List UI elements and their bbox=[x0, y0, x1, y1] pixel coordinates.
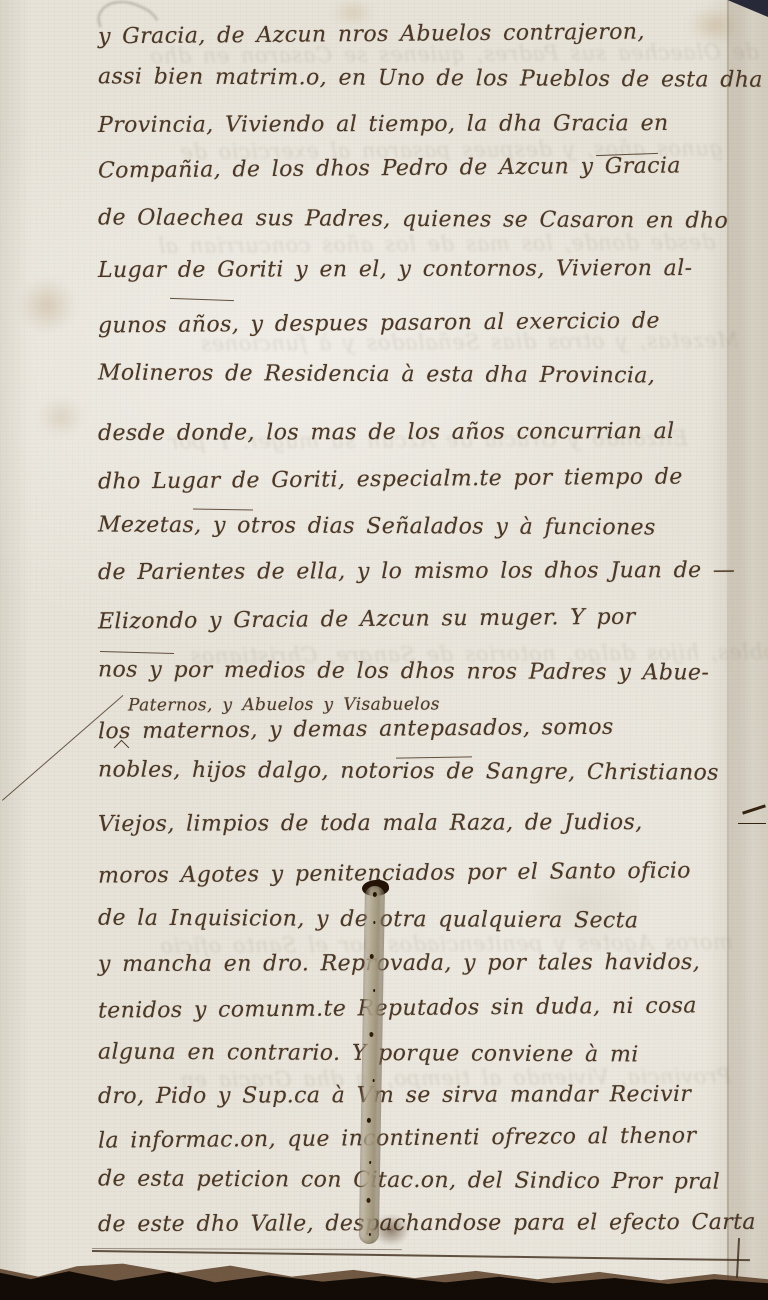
manuscript-line: dho Lugar de Goriti, especialm.te por ti… bbox=[98, 464, 683, 494]
manuscript-line: desde donde, los mas de los años concurr… bbox=[98, 419, 675, 446]
manuscript-line: Mezetas, y otros dias Señalados y à func… bbox=[98, 513, 656, 541]
manuscript-line: de Parientes de ella, y lo mismo los dho… bbox=[98, 558, 735, 585]
interline-insertion: Paternos, y Abuelos y Visabuelos bbox=[128, 694, 440, 715]
paper-stain bbox=[38, 398, 84, 436]
manuscript-line: de esta peticion con Citac.on, del Sindi… bbox=[98, 1166, 720, 1194]
manuscript-page: de Olaechea sus Padres, quienes se Casar… bbox=[0, 0, 768, 1300]
manuscript-line: Provincia, Viviendo al tiempo, la dha Gr… bbox=[98, 111, 669, 138]
manuscript-line: la informac.on, que incontinenti ofrezco… bbox=[98, 1123, 697, 1153]
manuscript-line: nobles, hijos dalgo, notorios de Sangre,… bbox=[98, 757, 719, 785]
closing-rule bbox=[92, 1250, 750, 1261]
page-edge-shadow bbox=[729, 0, 768, 1300]
manuscript-line: Elizondo y Gracia de Azcun su muger. Y p… bbox=[98, 605, 636, 635]
manuscript-line: Lugar de Goriti y en el, y contornos, Vi… bbox=[98, 256, 693, 283]
manuscript-line: dro, Pido y Sup.ca à Vm se sirva mandar … bbox=[98, 1082, 691, 1109]
show-through-ghost: desde donde, los mas de los años concurr… bbox=[158, 230, 715, 258]
manuscript-line: Compañia, de los dhos Pedro de Azcun y G… bbox=[98, 153, 681, 183]
manuscript-line: de este dho Valle, despachandose para el… bbox=[98, 1210, 756, 1237]
manuscript-line: moros Agotes y penitenciados por el Sant… bbox=[98, 858, 691, 888]
manuscript-line: Viejos, limpios de toda mala Raza, de Ju… bbox=[98, 810, 643, 837]
insertion-leader-line bbox=[2, 695, 123, 801]
manuscript-line: nos y por medios de los dhos nros Padres… bbox=[98, 657, 709, 685]
ink-underline bbox=[193, 508, 253, 510]
manuscript-line: de Olaechea sus Padres, quienes se Casar… bbox=[98, 205, 728, 233]
manuscript-line: los maternos, y demas antepasados, somos bbox=[98, 715, 614, 744]
manuscript-line: y Gracia, de Azcun nros Abuelos contraje… bbox=[98, 20, 645, 50]
manuscript-line: gunos años, y despues pasaron al exercic… bbox=[98, 309, 660, 339]
page-crease bbox=[727, 0, 729, 1300]
manuscript-line: y mancha en dro. Reprovada, y por tales … bbox=[98, 950, 700, 977]
manuscript-line: assi bien matrim.o, en Uno de los Pueblo… bbox=[98, 64, 763, 92]
ink-smudge bbox=[372, 1214, 410, 1246]
ink-underline bbox=[100, 651, 174, 654]
margin-fragment-underline bbox=[738, 823, 766, 824]
manuscript-line: Molineros de Residencia à esta dha Provi… bbox=[98, 361, 655, 389]
ink-underline bbox=[170, 298, 234, 301]
ink-specks bbox=[373, 892, 377, 897]
manuscript-line: tenidos y comunm.te Reputados sin duda, … bbox=[98, 993, 697, 1023]
paper-stain bbox=[18, 278, 76, 333]
